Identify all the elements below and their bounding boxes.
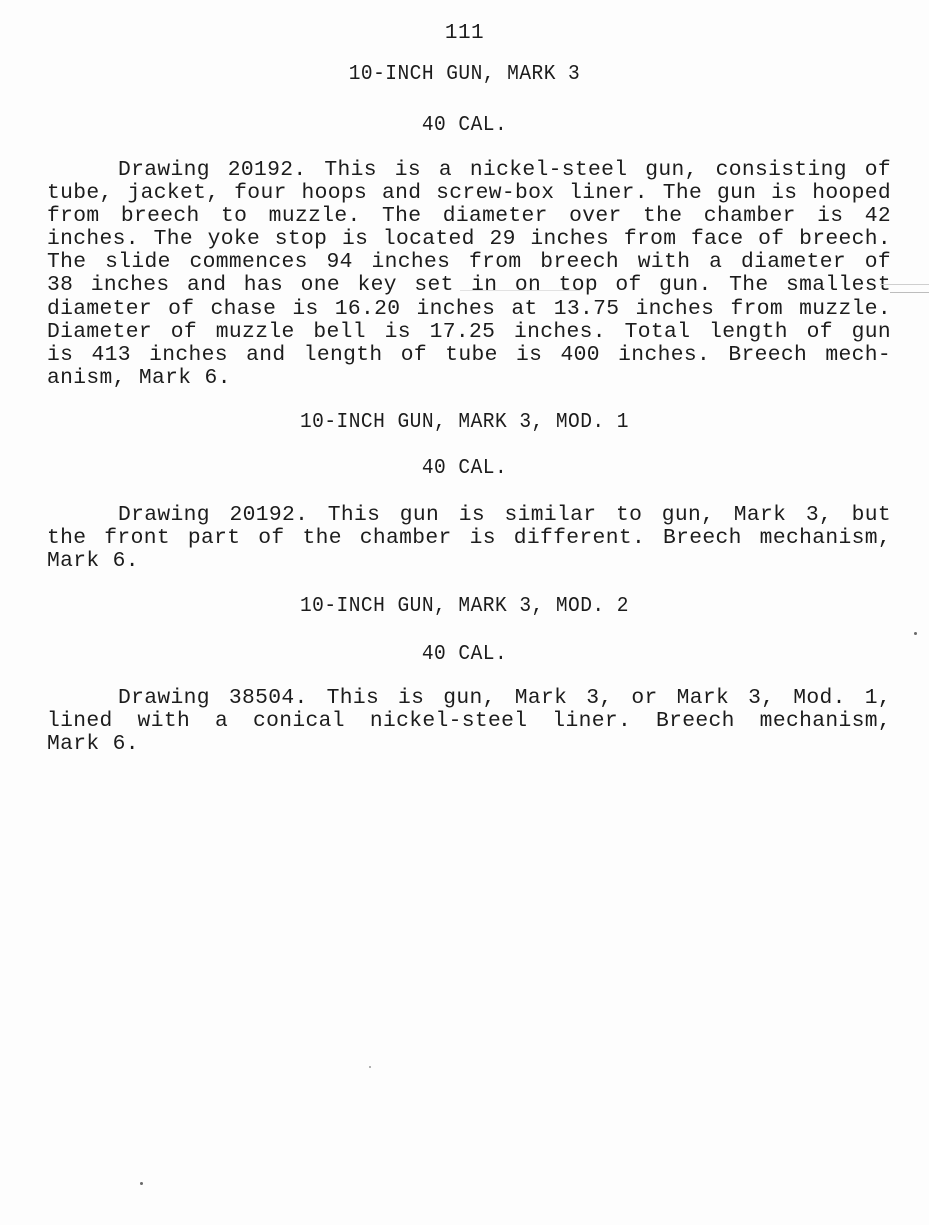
scan-artifact-line (880, 284, 929, 285)
body-line: anism, Mark 6. (47, 367, 891, 390)
section-caliber-mark-3-mod-1: 40 CAL. (33, 457, 897, 480)
page-number: 111 (0, 22, 929, 45)
body-line: 38 inches and has one key set in on top … (47, 274, 891, 297)
body-line: diameter of chase is 16.20 inches at 13.… (47, 298, 891, 321)
scan-speck (914, 632, 917, 635)
section-title-mark-3-mod-1: 10-INCH GUN, MARK 3, MOD. 1 (33, 411, 897, 434)
body-line: is 413 inches and length of tube is 400 … (47, 344, 891, 367)
body-line: Drawing 20192. This gun is similar to gu… (47, 504, 891, 527)
section-body-mark-3-mod-1: Drawing 20192. This gun is similar to gu… (47, 504, 891, 573)
body-line: inches. The yoke stop is located 29 inch… (47, 228, 891, 251)
section-caliber-mark-3-mod-2: 40 CAL. (33, 643, 897, 666)
body-line: Drawing 20192. This is a nickel-steel gu… (47, 159, 891, 182)
body-line: The slide commences 94 inches from breec… (47, 251, 891, 274)
body-line: lined with a conical nickel-steel liner.… (47, 710, 891, 733)
section-body-mark-3: Drawing 20192. This is a nickel-steel gu… (47, 159, 891, 390)
body-line: Mark 6. (47, 550, 891, 573)
section-title-mark-3-mod-2: 10-INCH GUN, MARK 3, MOD. 2 (33, 595, 897, 618)
section-body-mark-3-mod-2: Drawing 38504. This is gun, Mark 3, or M… (47, 687, 891, 756)
body-line: tube, jacket, four hoops and screw-box l… (47, 182, 891, 205)
scan-speck (140, 1182, 143, 1185)
body-line: from breech to muzzle. The diameter over… (47, 205, 891, 228)
body-line: Mark 6. (47, 733, 891, 756)
document-page: 111 10-INCH GUN, MARK 3 40 CAL. Drawing … (0, 0, 929, 1225)
section-title-mark-3: 10-INCH GUN, MARK 3 (33, 63, 897, 86)
scan-artifact-line (460, 290, 580, 291)
scan-speck (369, 1066, 371, 1068)
scan-artifact-line (890, 292, 929, 293)
body-line: Drawing 38504. This is gun, Mark 3, or M… (47, 687, 891, 710)
section-caliber-mark-3: 40 CAL. (33, 114, 897, 137)
body-line: the front part of the chamber is differe… (47, 527, 891, 550)
body-line: Diameter of muzzle bell is 17.25 inches.… (47, 321, 891, 344)
